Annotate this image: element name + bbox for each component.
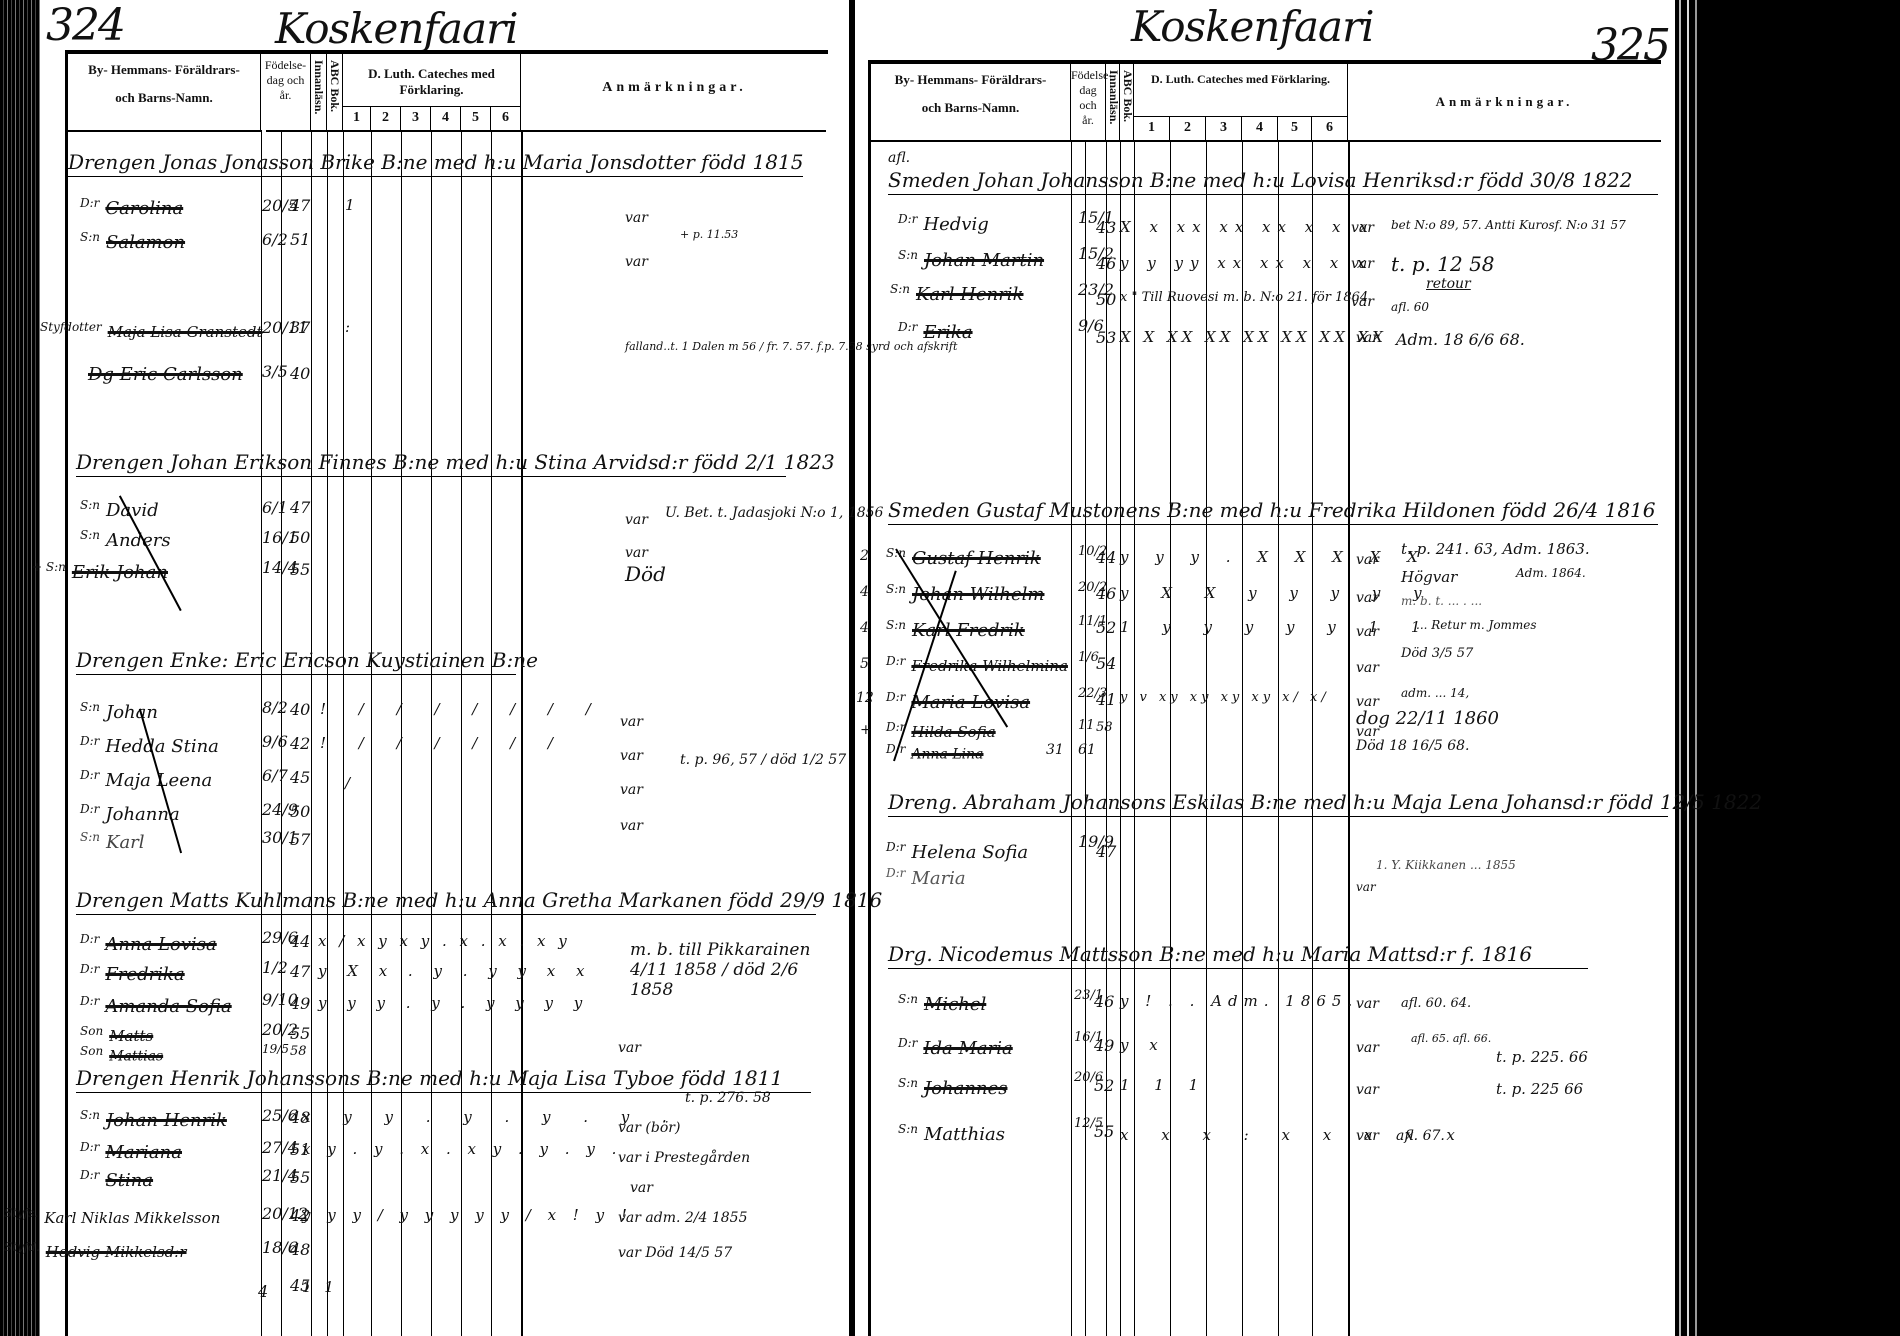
- birth-year: 42: [290, 734, 310, 753]
- family-member: D:rStina: [80, 1168, 153, 1191]
- family-member: S:nGustaf Henrik: [886, 546, 1041, 569]
- family-head: Drg. Nicodemus Mattsson B:ne med h:u Mar…: [888, 942, 1588, 969]
- side-note: t. p. 96, 57 / död 1/2 57: [680, 752, 846, 768]
- family-member: S:nKarl Henrik: [890, 282, 1023, 305]
- remark: var: [625, 254, 648, 270]
- member-name: Maja Lisa Granstedt: [108, 323, 263, 341]
- family-head: Smeden Johan Johansson B:ne med h:u Lovi…: [888, 168, 1658, 195]
- member-name: Hedda Stina: [105, 736, 219, 757]
- header-birth-line2: dag och: [1071, 83, 1105, 113]
- header-abc-label: ABC Bok.: [1120, 70, 1135, 122]
- member-relation: D:r: [886, 654, 905, 668]
- col-rule: [1348, 140, 1350, 1336]
- remark: var: [1356, 1128, 1379, 1144]
- member-name: Karl: [106, 832, 145, 853]
- header-innanlasn-label: Innanläsn.: [311, 60, 326, 114]
- birth-year: 52: [1094, 1076, 1114, 1095]
- member-name: Karl Henrik: [916, 284, 1023, 305]
- col-rule: [1106, 140, 1107, 1336]
- remark-note: t. p. 225 66: [1496, 1080, 1583, 1098]
- side-note: + p. 11.53: [680, 228, 738, 241]
- birth-day: 19/5: [262, 1042, 289, 1056]
- family-member: S:nJohannes: [898, 1076, 1007, 1099]
- catechism-marks: y y y . X X X X X: [1120, 548, 1429, 566]
- remark: var: [620, 748, 643, 764]
- col-rule: [1242, 140, 1243, 1336]
- header-innanlasn-col: Innanläsn.: [311, 54, 327, 130]
- family-member: Dg Eric Carlsson: [88, 364, 243, 385]
- remark: var: [1356, 330, 1379, 346]
- remark: var: [1356, 590, 1379, 606]
- member-name: Hedvig: [923, 214, 988, 235]
- family-member: D:rMaria: [886, 866, 966, 889]
- catechism-marks: x y . y . x . x y . y . y .: [302, 1140, 622, 1158]
- family-member: SonMatts: [80, 1024, 153, 1045]
- remark-note: dog 22/11 1860: [1356, 708, 1499, 729]
- member-relation: S:n: [898, 992, 918, 1006]
- header-cat-3: 3: [401, 106, 431, 130]
- header-cat-5: 5: [461, 106, 491, 130]
- remark: var: [1351, 294, 1374, 310]
- family-member: D:rCarolina: [80, 196, 183, 219]
- birth-day: 11: [1078, 718, 1095, 733]
- member-relation: D:r: [886, 840, 905, 854]
- catechism-marks: X x xx xx xx x x x: [1120, 218, 1375, 236]
- birth-year: 45: [290, 768, 310, 787]
- member-name: Mariana: [105, 1142, 182, 1163]
- remark-note: m. b. t. ... . ...: [1401, 594, 1482, 608]
- header-name-line2: och Barns-Namn.: [68, 90, 260, 106]
- header-birth-line3: år.: [261, 88, 310, 103]
- header-birth-col: Födelse- dag och år.: [1071, 64, 1106, 140]
- header-cat-6: 6: [491, 106, 521, 130]
- header-cat-2: 2: [371, 106, 401, 130]
- header-catechism-col: D. Luth. Cateches med Förklaring.: [1134, 64, 1348, 116]
- member-relation: D:r: [80, 734, 99, 748]
- remark-note: 1. Y. Kiikkanen ... 1855: [1376, 858, 1516, 872]
- remark-note: t. p. 225. 66: [1496, 1048, 1588, 1066]
- catechism-marks: y v xy xy xy xy x/ x/: [1120, 690, 1330, 705]
- page-number: 324: [46, 0, 124, 51]
- family-member: D:rFredrika Wilhelmina: [886, 654, 1068, 675]
- margin-number: 4: [860, 584, 869, 600]
- birth-year: 55: [1094, 1122, 1114, 1141]
- member-relation: D:r: [80, 994, 99, 1008]
- margin-number: +: [860, 722, 872, 738]
- parish-title: Koskenfaari: [275, 4, 518, 53]
- family-member: D:rMaria Lovisa: [886, 690, 1030, 713]
- member-name: Johan Martin: [924, 250, 1044, 271]
- member-relation: Styfdotter: [40, 320, 102, 334]
- col-rule: [1206, 140, 1207, 1336]
- family-member: D:rMaja Leena: [80, 768, 212, 791]
- family-member: S:nAnders: [80, 528, 171, 551]
- remark: var: [625, 545, 648, 561]
- remark: var: [1356, 996, 1379, 1012]
- family-member: S:nMatthias: [898, 1122, 1005, 1145]
- header-cat-1: 1: [343, 106, 371, 130]
- header-cat-3: 3: [1206, 116, 1242, 140]
- scan-border-right: [1675, 0, 1900, 1336]
- member-name: Salamon: [106, 232, 185, 253]
- col-rule: [1170, 140, 1171, 1336]
- family-head: Drengen Jonas Jonasson Brike B:ne med h:…: [68, 150, 803, 177]
- header-birth-col: Födelse- dag och år.: [261, 54, 311, 130]
- catechism-marks: y X X y y y y y: [1120, 584, 1436, 602]
- header-remarks-col: Anmärkningar.: [521, 54, 828, 130]
- birth-year: 47: [290, 196, 310, 215]
- catechism-marks: y X x . y . y y x x: [318, 962, 592, 980]
- family-member: D:rAnna Lina: [886, 742, 983, 763]
- birth-year: 49: [290, 994, 310, 1013]
- remark: var: [620, 782, 643, 798]
- birth-day: 9/6: [262, 732, 288, 751]
- member-name: Helena Sofia: [911, 842, 1028, 863]
- remark: var: [620, 714, 643, 730]
- member-relation: D:r: [80, 932, 99, 946]
- remark: var: [1356, 624, 1379, 640]
- birth-year: 40: [290, 364, 310, 383]
- remark-note: ... Retur m. Jommes: [1416, 618, 1537, 632]
- member-relation: S:n: [80, 498, 100, 512]
- member-name: Hedvig Mikkelsd:r: [46, 1243, 187, 1261]
- remark: var: [1356, 660, 1379, 676]
- col-rule: [1120, 140, 1121, 1336]
- birth-year: 50: [1096, 290, 1116, 309]
- birth-day: 1/2: [262, 958, 288, 977]
- member-name: Johan: [106, 702, 158, 723]
- remark-note: Adm. 1864.: [1516, 566, 1586, 580]
- member-name: Ida Maria: [923, 1038, 1012, 1059]
- family-member: D:rIda Maria: [898, 1036, 1013, 1059]
- catechism-marks: y y y / y y y y y / x ! y !: [302, 1206, 633, 1224]
- catechism-marks: /: [345, 774, 350, 792]
- member-name: Gustaf Henrik: [912, 548, 1041, 569]
- family-member: Styfd.Hedvig Mikkelsd:r: [4, 1240, 187, 1261]
- remark: var adm. 2/4 1855: [618, 1210, 748, 1226]
- birth-year: 50: [290, 802, 310, 821]
- remark: var: [1351, 256, 1374, 272]
- family-member: D:rJohanna: [80, 802, 180, 825]
- header-cat-2: 2: [1170, 116, 1206, 140]
- member-relation: S:n: [886, 582, 906, 596]
- member-relation: D:r: [80, 1168, 99, 1182]
- remark: var: [1356, 1040, 1379, 1056]
- family-member: D:rHelena Sofia: [886, 840, 1028, 863]
- member-relation: D:r: [80, 196, 99, 210]
- margin-number: 4: [860, 620, 869, 636]
- member-name: Amanda Sofia: [105, 996, 231, 1017]
- member-name: Mattias: [109, 1049, 163, 1065]
- family-member: D:rErika: [898, 320, 973, 343]
- birth-day: 6/7: [262, 766, 288, 785]
- remark: Död: [625, 562, 666, 586]
- parish-title: Koskenfaari: [1131, 2, 1374, 51]
- header-rule: [266, 130, 826, 132]
- birth-day: 4: [258, 1282, 268, 1301]
- remark: var (bör): [618, 1120, 680, 1136]
- scan-border-left: [0, 0, 40, 1336]
- family-member: S:nKarl: [80, 830, 145, 853]
- birth-year: 47: [290, 498, 310, 517]
- member-name: Maria: [911, 868, 965, 889]
- abc-mark: :: [345, 318, 350, 336]
- birth-day: 3/5: [262, 362, 288, 381]
- remark: var i Prestegården: [618, 1150, 750, 1166]
- remark-note: afl. 60: [1391, 300, 1429, 314]
- remark: var: [625, 512, 648, 528]
- birth-year: 61: [1078, 742, 1096, 758]
- header-rule: [871, 140, 1661, 142]
- member-relation: Styfd.: [4, 1240, 40, 1254]
- birth-year: 41: [1096, 690, 1116, 709]
- family-member: D:rHedvig: [898, 212, 989, 235]
- remark: var Död 14/5 57: [618, 1245, 732, 1261]
- member-relation: S:n: [898, 1076, 918, 1090]
- left-page: 324 Koskenfaari By- Hemmans- Föräldrars-…: [40, 0, 848, 1336]
- right-page: Koskenfaari 325 By- Hemmans- Föräldrars-…: [856, 0, 1674, 1336]
- birth-year: 44: [290, 932, 310, 951]
- header-innanlasn-col: Innanläsn.: [1106, 64, 1120, 140]
- header-cat-5: 5: [1278, 116, 1312, 140]
- header-cat-4: 4: [1242, 116, 1278, 140]
- catechism-marks: ! / / / / / / /: [320, 700, 605, 718]
- family-member: D:rFredrika: [80, 962, 185, 985]
- header-birth-line1: Födelse-: [1071, 68, 1105, 83]
- member-name: Fredrika Wilhelmina: [911, 657, 1068, 675]
- member-relation: S:n: [80, 700, 100, 714]
- remark-note: afl. 65. afl. 66.: [1411, 1032, 1491, 1045]
- member-name: Karl Fredrik: [912, 620, 1025, 641]
- family-member: Styfs.Karl Niklas Mikkelsson: [4, 1206, 220, 1227]
- family-member: S:nJohan Wilhelm: [886, 582, 1044, 605]
- birth-day: 6/1: [262, 498, 288, 517]
- family-member: D:rAnna Lovisa: [80, 932, 217, 955]
- catechism-marks: 1 1: [302, 1278, 338, 1296]
- member-relation: D:r: [886, 866, 905, 880]
- catechism-marks: y ! . . Adm. 1865.: [1120, 992, 1358, 1010]
- header-innanlasn-label: Innanläsn.: [1106, 70, 1121, 124]
- birth-year: 57: [290, 830, 310, 849]
- family-member: S:nDavid: [80, 498, 159, 521]
- remark: var: [1356, 1082, 1379, 1098]
- header-cat-6: 6: [1312, 116, 1348, 140]
- family-member: StyfdotterMaja Lisa Granstedt: [40, 320, 262, 341]
- family-head: Drengen Enke: Eric Ericson Kuystiainen B…: [76, 648, 516, 675]
- birth-year: 58: [290, 1044, 307, 1059]
- member-relation: D:r: [898, 212, 917, 226]
- header-name-line2: och Barns-Namn.: [871, 100, 1070, 116]
- birth-day: 8/2: [262, 698, 288, 717]
- header-rule: [68, 130, 261, 132]
- member-relation: S:n: [890, 282, 910, 296]
- birth-year: 47: [1096, 842, 1116, 861]
- member-name: Anna Lina: [911, 747, 983, 763]
- birth-year: 51: [290, 230, 310, 249]
- catechism-marks: y y y . y . y y y y: [318, 994, 590, 1012]
- family-head: Drengen Johan Erikson Finnes B:ne med h:…: [76, 450, 786, 477]
- catechism-marks: x / x y x y . x . x . x y: [318, 932, 571, 950]
- remark-note: afl. 67.: [1396, 1128, 1445, 1144]
- catechism-marks: 1 y y y y y 1 1: [1120, 618, 1434, 636]
- birth-year: 52: [1096, 618, 1116, 637]
- head-note: afl.: [888, 150, 910, 166]
- birth-year: 48: [290, 1240, 310, 1259]
- remark-note: bet N:o 89, 57. Antti Kurosf. N:o 31 57: [1391, 218, 1626, 232]
- member-relation: S:n: [898, 248, 918, 262]
- member-relation: D:r: [898, 320, 917, 334]
- remark: var: [1351, 220, 1374, 236]
- birth-year: 46: [1096, 584, 1116, 603]
- member-relation: Styfs.: [4, 1206, 38, 1220]
- birth-year: 40: [290, 700, 310, 719]
- header-catechism-col: D. Luth. Cateches med Förklaring.: [343, 54, 521, 106]
- family-head: Dreng. Abraham Johansons Eskilas B:ne me…: [888, 790, 1668, 817]
- remark-note: Död 3/5 57: [1401, 646, 1473, 661]
- birth-year: 37: [290, 318, 310, 337]
- col-rule: [1312, 140, 1313, 1336]
- family-head: Smeden Gustaf Mustonens B:ne med h:u Fre…: [888, 498, 1658, 525]
- book-gutter: [849, 0, 855, 1336]
- birth-year: 55: [290, 560, 310, 579]
- birth-year: 43: [1096, 218, 1116, 237]
- member-relation: S:n: [80, 830, 100, 844]
- header-name-col: By- Hemmans- Föräldrars- och Barns-Namn.: [68, 54, 261, 130]
- birth-day: 6/2: [262, 230, 288, 249]
- birth-year: 53: [1096, 328, 1116, 347]
- family-member: S:nJohan Martin: [898, 248, 1044, 271]
- family-member: SonMattias: [80, 1044, 163, 1065]
- birth-year: 46: [1094, 992, 1114, 1011]
- member-name: Matthias: [924, 1124, 1005, 1145]
- member-name: Michel: [924, 994, 986, 1015]
- family-member: S:nSalamon: [80, 230, 185, 253]
- header-birth-line1: Födelse-: [261, 58, 310, 73]
- member-name: Erik Johan: [72, 562, 168, 583]
- side-note: t. p. 276. 58: [685, 1090, 771, 1106]
- member-relation: D:r: [80, 1140, 99, 1154]
- member-name: Stina: [105, 1170, 153, 1191]
- member-relation: S:n: [898, 1122, 918, 1136]
- member-name: Carolina: [105, 198, 183, 219]
- remark: var: [618, 1040, 641, 1056]
- remark-note: adm. ... 14,: [1401, 686, 1469, 700]
- member-relation: D:r: [80, 962, 99, 976]
- header-cat-1: 1: [1134, 116, 1170, 140]
- book-edge: [1675, 0, 1710, 1336]
- birth-year: 50: [290, 528, 310, 547]
- margin-number: 12: [856, 690, 874, 706]
- member-relation: S:n: [886, 618, 906, 632]
- header-abc-col: ABC Bok.: [327, 54, 343, 130]
- family-member: + S:nErik Johan: [32, 560, 168, 583]
- birth-year: 47: [290, 962, 310, 981]
- header-abc-col: ABC Bok.: [1120, 64, 1134, 140]
- member-relation: Son: [80, 1024, 103, 1038]
- member-relation: Son: [80, 1044, 103, 1058]
- birth-year: 58: [1096, 720, 1113, 735]
- birth-year: 55: [290, 1024, 310, 1043]
- member-name: Erika: [923, 322, 972, 343]
- birth-year: 55: [290, 1168, 310, 1187]
- member-name: Johan Henrik: [106, 1110, 227, 1131]
- member-relation: S:n: [80, 1108, 100, 1122]
- remark: var: [625, 210, 648, 226]
- margin-number: 5: [860, 656, 869, 672]
- member-name: Hilda Sofia: [911, 723, 995, 741]
- member-name: Anna Lovisa: [105, 934, 216, 955]
- remark-note: t. p. 12 58: [1391, 252, 1495, 276]
- catechism-marks: X X XX XX XX XX XX XX: [1120, 328, 1387, 346]
- family-member: S:nJohan Henrik: [80, 1108, 227, 1131]
- remark: var: [1356, 552, 1379, 568]
- family-member: D:rMariana: [80, 1140, 182, 1163]
- birth-year: 49: [1094, 1036, 1114, 1055]
- member-relation: S:n: [80, 230, 100, 244]
- family-member: S:nMichel: [898, 992, 986, 1015]
- birth-day: 31: [1046, 742, 1064, 758]
- header-name-line1: By- Hemmans- Föräldrars-: [68, 62, 260, 78]
- abc-mark: 1: [345, 196, 355, 214]
- header-name-line1: By- Hemmans- Föräldrars-: [871, 72, 1070, 88]
- remark: var: [630, 1180, 653, 1196]
- remark-note: retour: [1426, 276, 1471, 292]
- member-relation: D:r: [886, 690, 905, 704]
- member-relation: + S:n: [32, 560, 66, 574]
- member-relation: D:r: [898, 1036, 917, 1050]
- col-rule: [1071, 140, 1072, 1336]
- remark: var: [620, 818, 643, 834]
- remark-note: Adm. 18 6/6 68.: [1396, 330, 1525, 349]
- remark-note: t. p. 241. 63, Adm. 1863.: [1401, 540, 1590, 558]
- member-name: Karl Niklas Mikkelsson: [44, 1209, 220, 1227]
- header-birth-line3: år.: [1071, 113, 1105, 128]
- member-relation: S:n: [80, 528, 100, 542]
- remark: var: [1356, 880, 1376, 894]
- remark-note: afl. 60. 64.: [1401, 996, 1471, 1011]
- catechism-marks: y x: [1120, 1036, 1166, 1054]
- col-rule: [1134, 140, 1135, 1336]
- catechism-marks: ! / / / / / /: [320, 734, 567, 752]
- member-name: Fredrika: [105, 964, 184, 985]
- family-member: D:rAmanda Sofia: [80, 994, 232, 1017]
- member-name: Johannes: [924, 1078, 1007, 1099]
- remark-note: Död 18 16/5 68.: [1356, 738, 1469, 754]
- catechism-marks: x " Till Ruovesi m. b. N:o 21. för 1864: [1120, 290, 1368, 305]
- family-head: Drengen Matts Kuhlmans B:ne med h:u Anna…: [76, 888, 816, 915]
- birth-year: 54: [1096, 654, 1116, 673]
- birth-year: 44: [1096, 548, 1116, 567]
- remark-note: Högvar: [1401, 568, 1457, 586]
- side-note: U. Bet. t. Jadasjoki N:o 1, 1856: [665, 505, 883, 521]
- header-name-col: By- Hemmans- Föräldrars- och Barns-Namn.: [871, 64, 1071, 140]
- header-abc-label: ABC Bok.: [327, 60, 342, 112]
- member-name: Maria Lovisa: [911, 692, 1030, 713]
- header-cat-4: 4: [431, 106, 461, 130]
- catechism-marks: 1 1 1: [1120, 1076, 1208, 1094]
- member-relation: D:r: [80, 768, 99, 782]
- catechism-marks: y y yy xx xx x x x: [1120, 254, 1373, 272]
- margin-number: 2: [860, 548, 869, 564]
- family-member: S:nKarl Fredrik: [886, 618, 1025, 641]
- side-note: m. b. till Pikkarainen 4/11 1858 / död 2…: [630, 940, 830, 1000]
- family-head: Drengen Henrik Johanssons B:ne med h:u M…: [76, 1066, 811, 1093]
- col-rule: [1278, 140, 1279, 1336]
- member-relation: D:r: [80, 802, 99, 816]
- member-name: Dg Eric Carlsson: [88, 364, 243, 385]
- header-remarks-col: Anmärkningar.: [1348, 64, 1661, 140]
- member-name: Johan Wilhelm: [912, 584, 1044, 605]
